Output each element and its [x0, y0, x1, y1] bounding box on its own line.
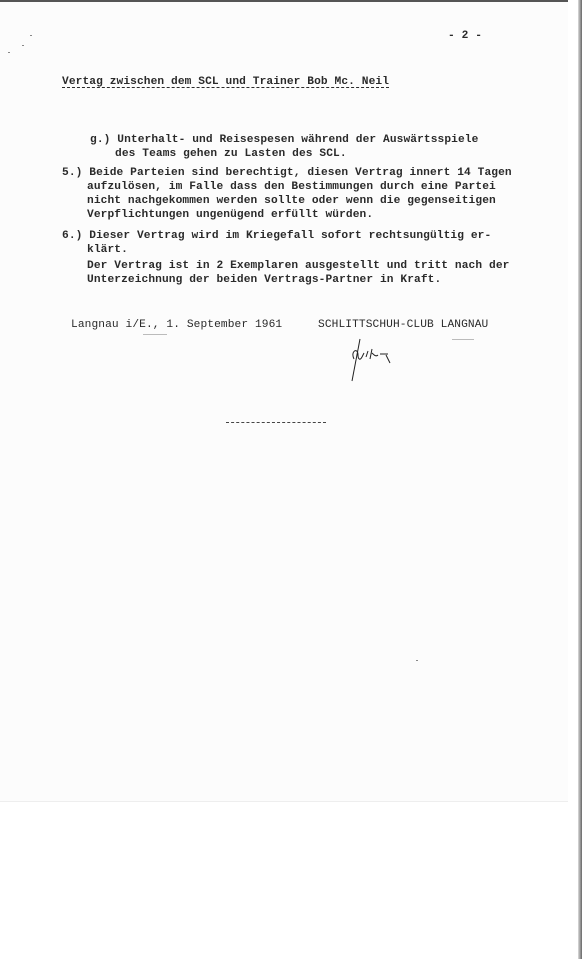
clause-line: Unterhalt- und Reisespesen während der A…	[117, 134, 478, 146]
underline-mark	[143, 334, 167, 335]
clause-line: Verpflichtungen ungenügend erfüllt würde…	[87, 208, 373, 222]
scan-speck	[22, 45, 24, 46]
page-edge-shadow	[578, 0, 582, 959]
clause-label: g.)	[90, 134, 110, 146]
clause-line: des Teams gehen zu Lasten des SCL.	[115, 147, 347, 161]
clause-line: nicht nachgekommen werden sollte oder we…	[87, 194, 496, 208]
scan-speck	[416, 660, 418, 661]
clause-line: aufzulösen, im Falle dass den Bestimmung…	[87, 180, 496, 194]
clause-line: klärt.	[87, 243, 128, 257]
closing-line: Der Vertrag ist in 2 Exemplaren ausgeste…	[87, 259, 509, 273]
clause-label: 5.)	[62, 167, 82, 179]
club-name: SCHLITTSCHUH-CLUB LANGNAU	[318, 318, 488, 332]
scanned-page	[0, 0, 568, 802]
clause-line: Dieser Vertrag wird im Kriegefall sofort…	[89, 230, 491, 242]
clause-label: 6.)	[62, 230, 82, 242]
signature-icon	[348, 337, 408, 385]
scan-speck	[8, 52, 10, 53]
section-divider	[226, 422, 326, 423]
underline-mark	[452, 339, 474, 340]
document-title: Vertag zwischen dem SCL und Trainer Bob …	[62, 75, 389, 89]
page-number: - 2 -	[448, 29, 482, 43]
scan-speck	[30, 35, 32, 36]
place-and-date: Langnau i/E., 1. September 1961	[71, 318, 282, 332]
clause-line: Beide Parteien sind berechtigt, diesen V…	[89, 167, 511, 179]
closing-line: Unterzeichnung der beiden Vertrags-Partn…	[87, 273, 441, 287]
